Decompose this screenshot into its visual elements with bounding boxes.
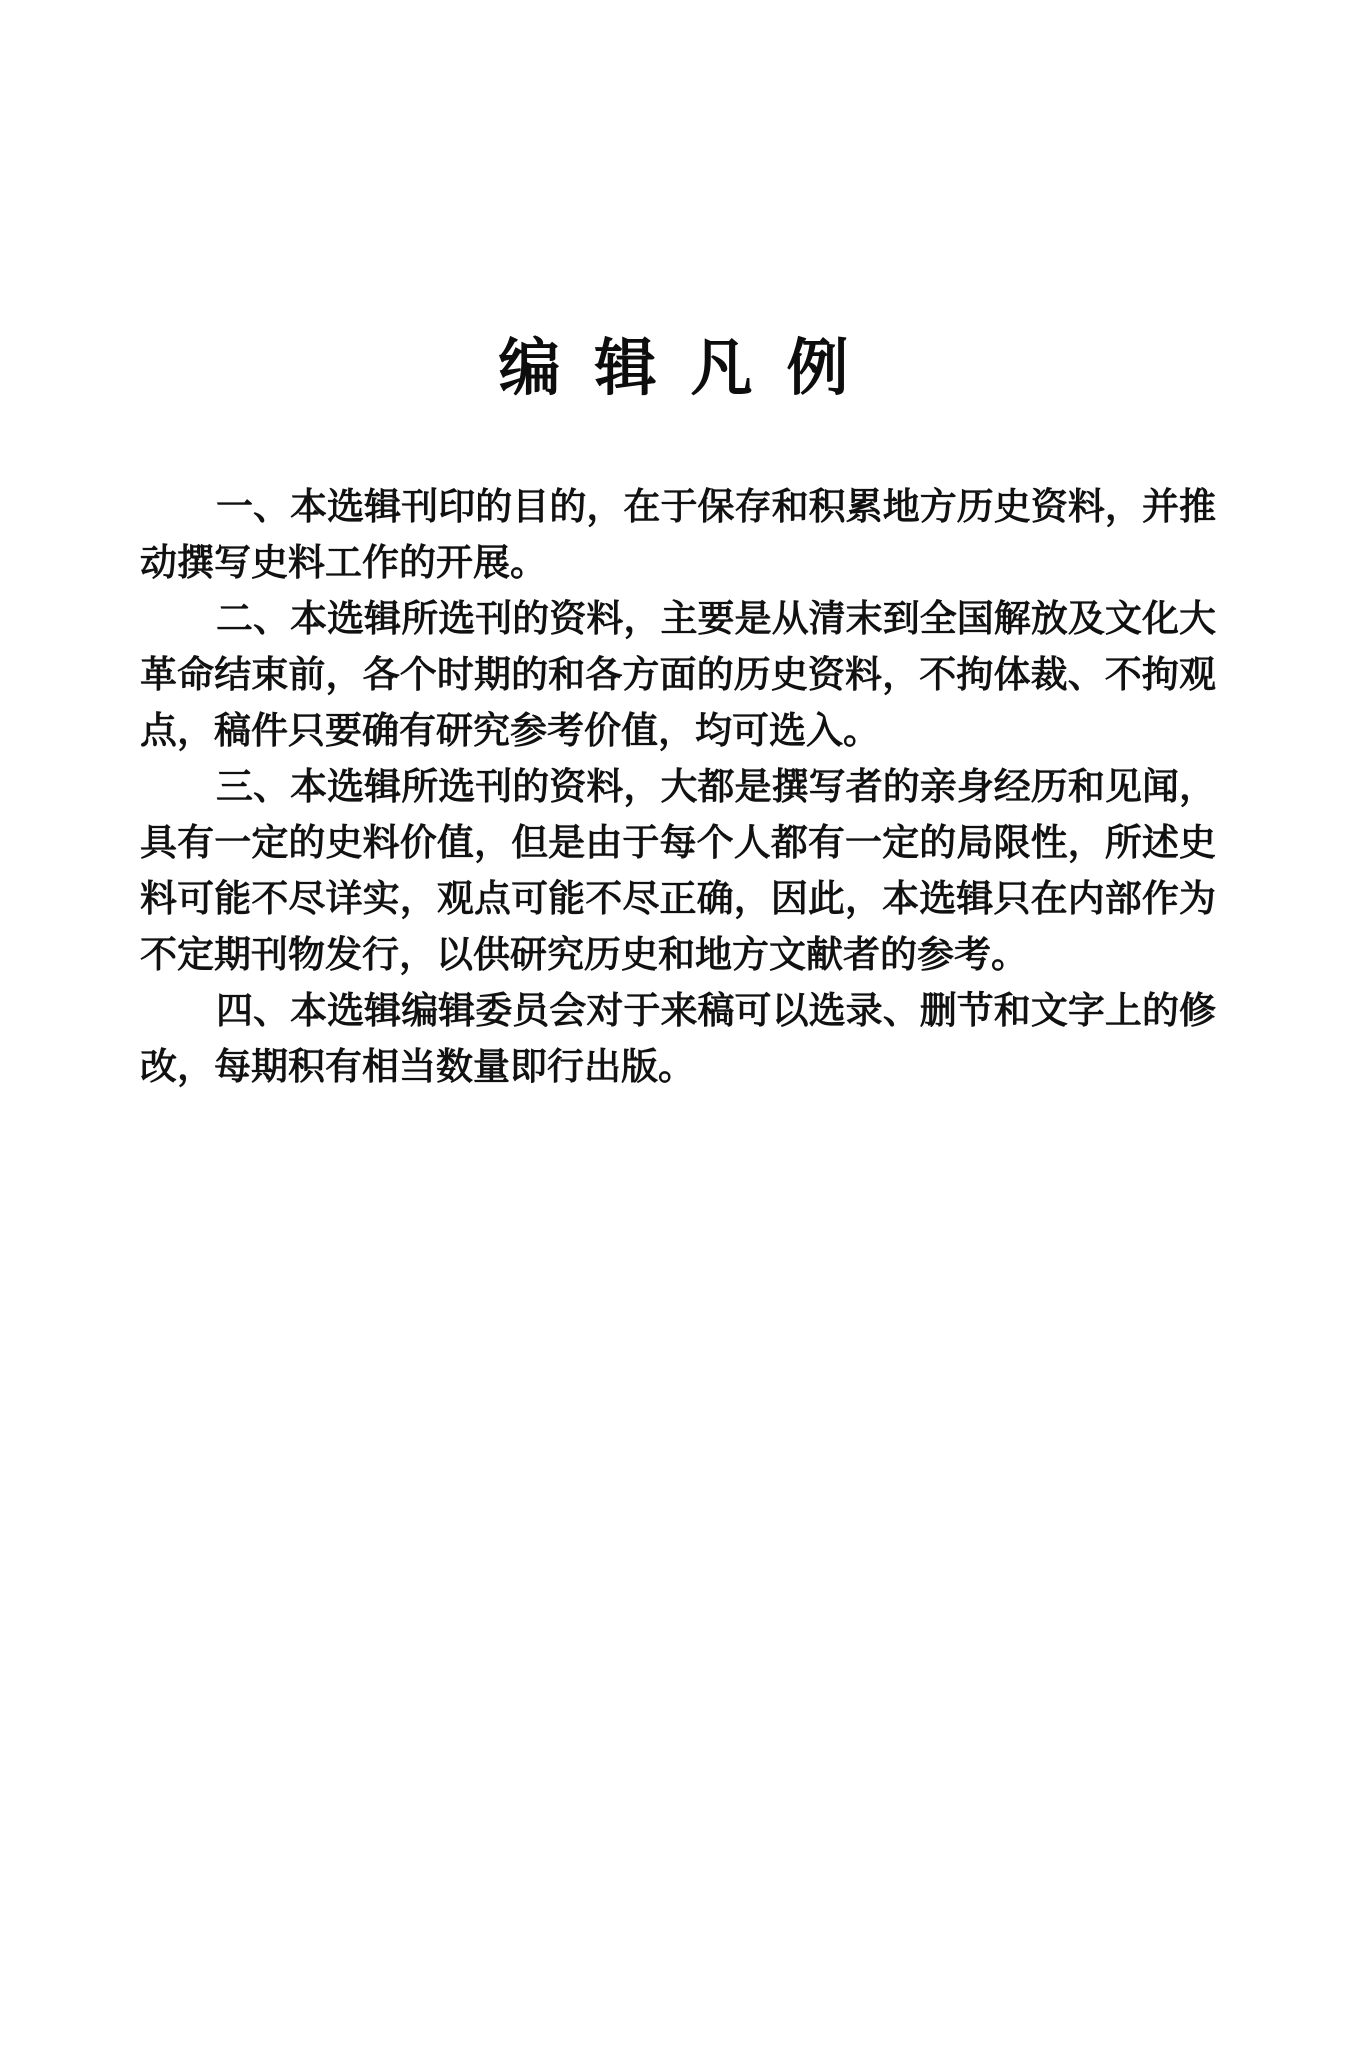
document-page: 编辑凡例 一、本选辑刊印的目的，在于保存和积累地方历史资料，并推动撰写史料工作的… — [0, 0, 1347, 2062]
guideline-paragraph-3: 三、本选辑所选刊的资料，大都是撰写者的亲身经历和见闻，具有一定的史料价值，但是由… — [140, 758, 1216, 982]
page-title: 编辑凡例 — [0, 328, 1347, 408]
guideline-paragraph-4: 四、本选辑编辑委员会对于来稿可以选录、删节和文字上的修改，每期积有相当数量即行出… — [140, 982, 1216, 1094]
editorial-guidelines: 一、本选辑刊印的目的，在于保存和积累地方历史资料，并推动撰写史料工作的开展。 二… — [140, 478, 1216, 1094]
guideline-paragraph-1: 一、本选辑刊印的目的，在于保存和积累地方历史资料，并推动撰写史料工作的开展。 — [140, 478, 1216, 590]
guideline-paragraph-2: 二、本选辑所选刊的资料，主要是从清末到全国解放及文化大革命结束前，各个时期的和各… — [140, 590, 1216, 758]
